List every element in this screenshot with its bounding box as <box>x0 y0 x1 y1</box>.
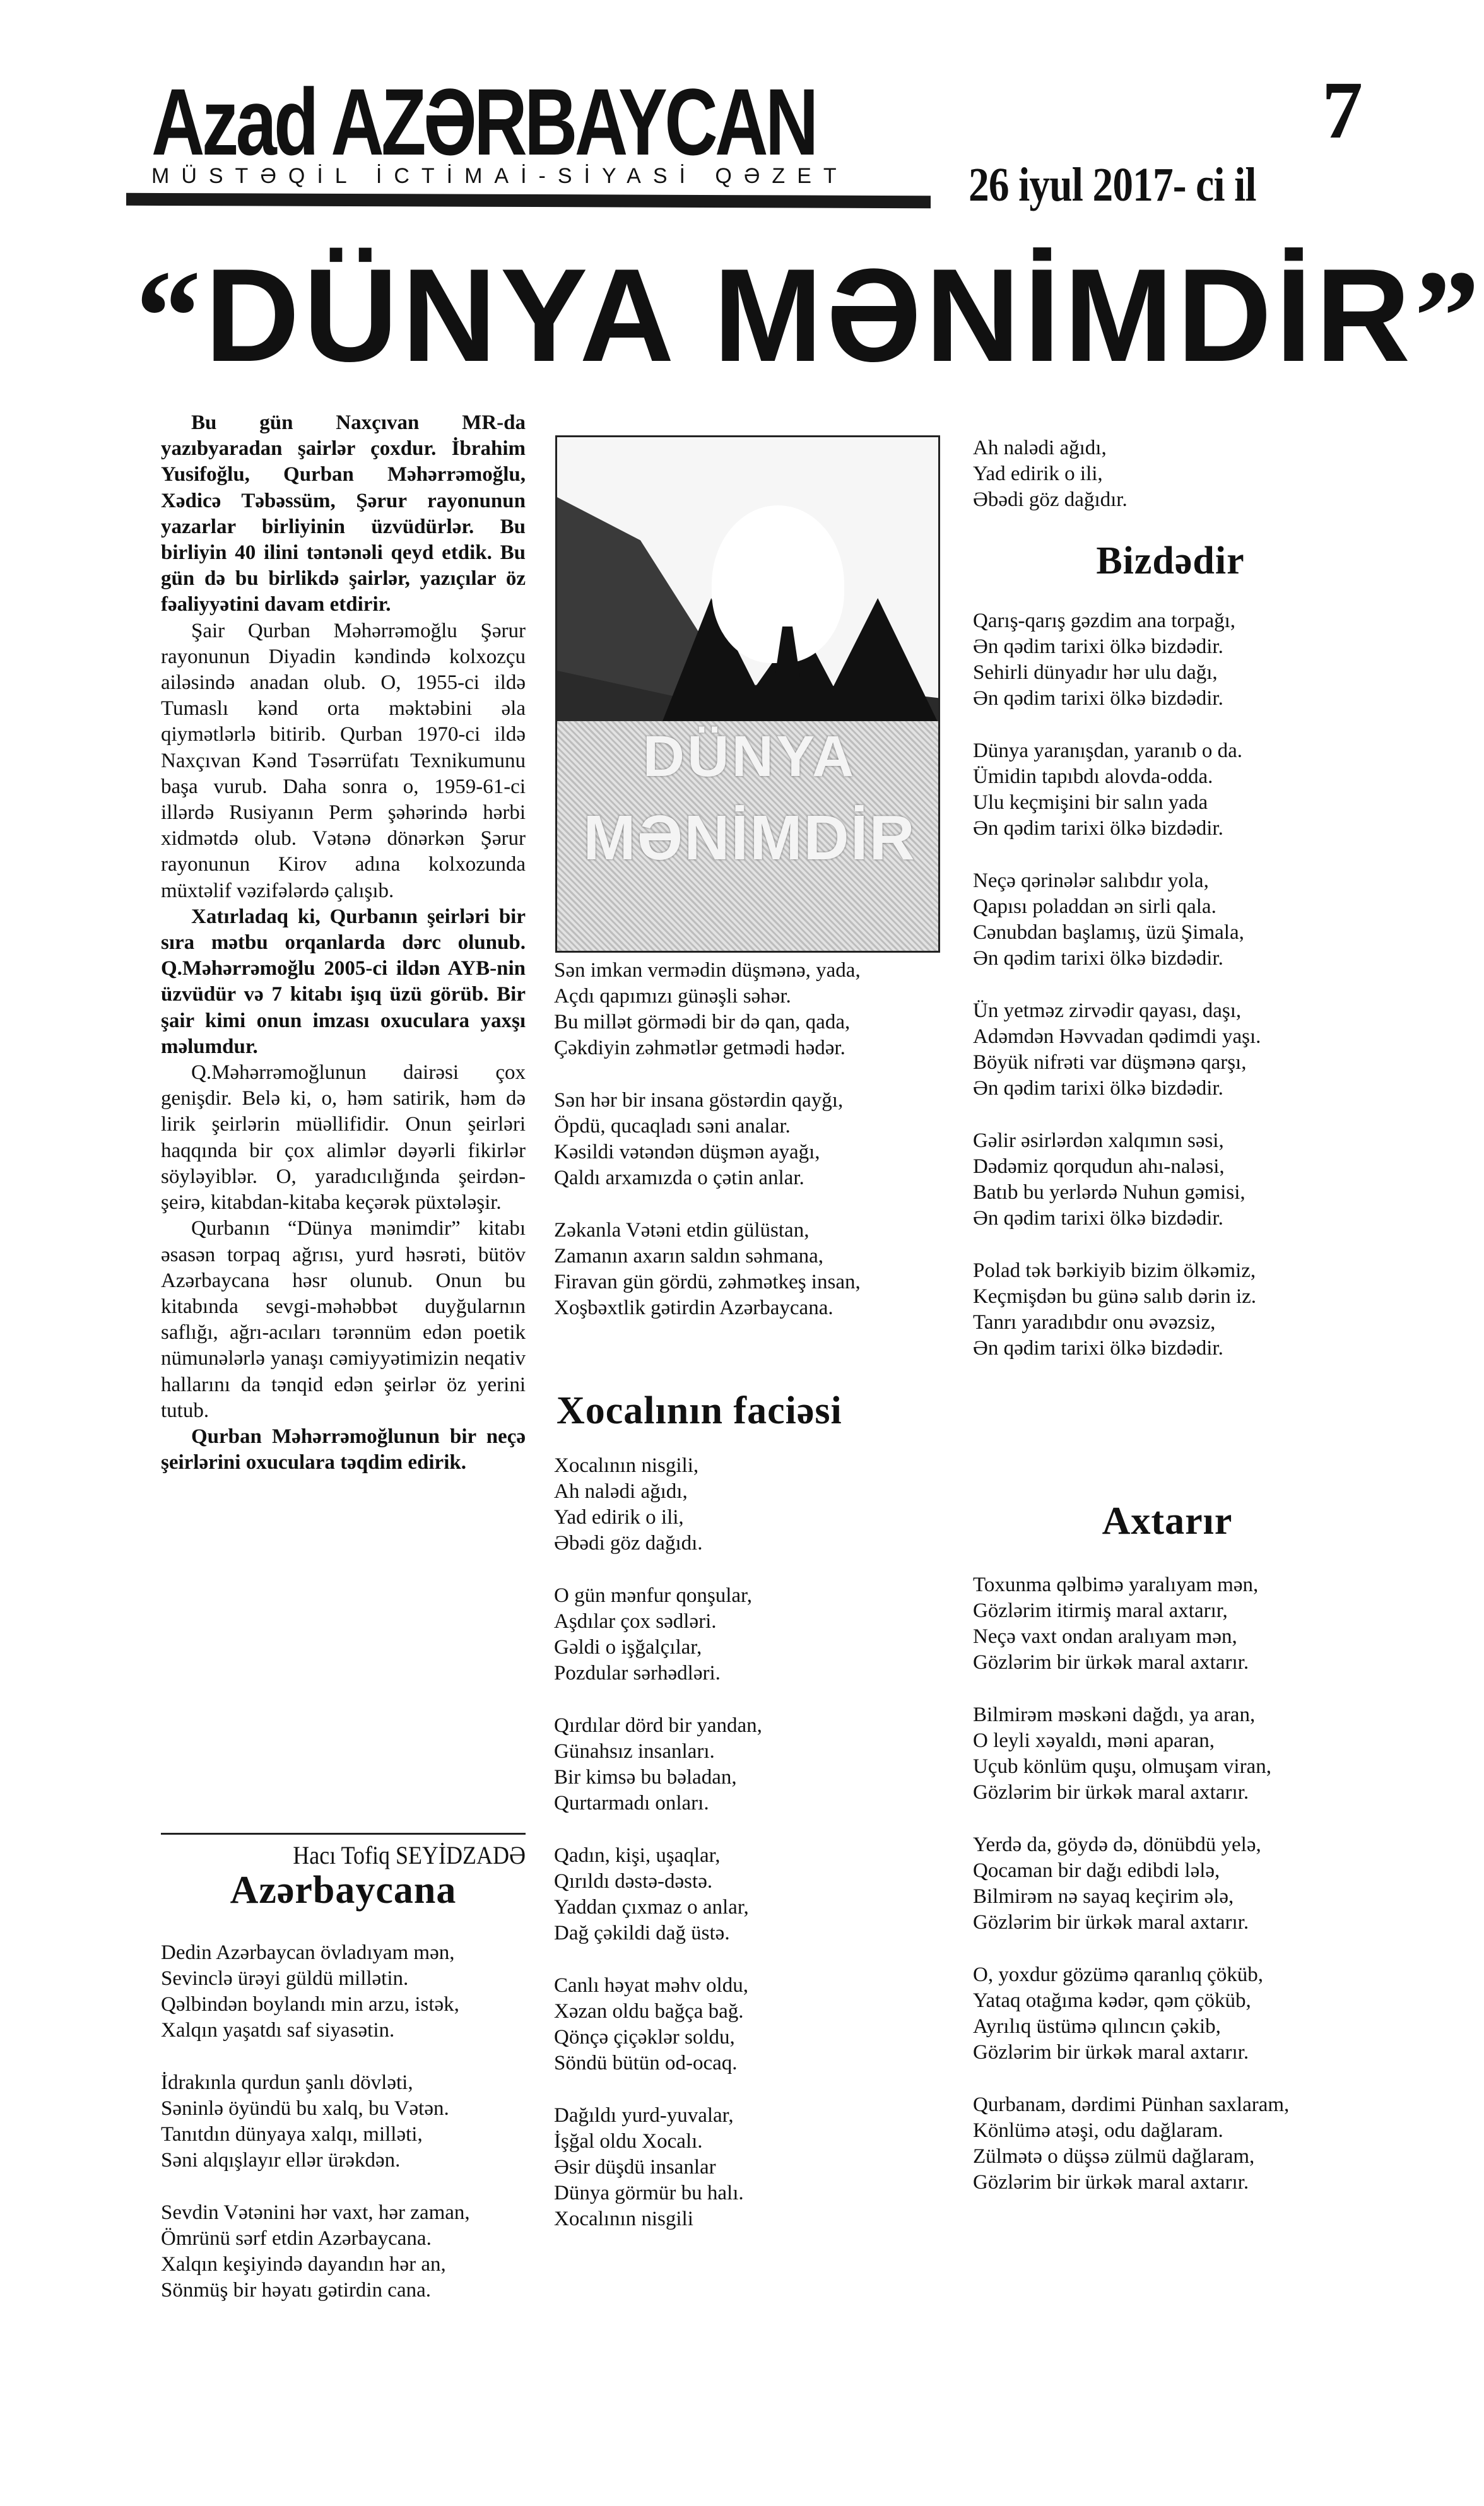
poem-title: Xocalının faciəsi <box>549 1391 946 1430</box>
poem-stanza: Polad tək bərkiyib bizim ölkəmiz, Keçmiş… <box>973 1258 1357 1362</box>
poem-stanza: Qurbanam, dərdimi Pünhan saxlaram, Könlü… <box>973 2092 1357 2196</box>
poem-line: Zəkanla Vətəni etdin gülüstan, <box>554 1218 945 1244</box>
poem-line: Tanıtdın dünyaya xalqı, milləti, <box>161 2122 526 2148</box>
poem-line: Səninlə öyündü bu xalq, bu Vətən. <box>161 2096 526 2122</box>
poem-line: Əbədi göz dağıdır. <box>973 487 1358 513</box>
poem-stanza: Dağıldı yurd-yuvalar, İşğal oldu Xocalı.… <box>554 2103 946 2232</box>
newspaper-tagline: MÜSTƏQİL İCTİMAİ-SİYASİ QƏZET <box>151 165 849 187</box>
photo-portrait-head <box>712 505 844 663</box>
article-paragraph: Q.Məhərrəmoğlunun dairəsi çox genişdir. … <box>161 1060 526 1216</box>
poem-stanza: Canlı həyat məhv oldu, Xəzan oldu bağça … <box>554 1973 946 2076</box>
poem-line: Bu millət görmədi bir də qan, qada, <box>554 1009 945 1035</box>
poem-stanza: Zəkanla Vətəni etdin gülüstan, Zamanın a… <box>554 1218 945 1321</box>
poem-line: Qaldı arxamızda o çətin anlar. <box>554 1165 945 1191</box>
poem-line: Ən qədim tarixi ölkə bizdədir. <box>973 634 1357 660</box>
poem-line: Xocalının nisgili, <box>554 1453 946 1479</box>
poem-line: Səni alqışlayır ellər ürəkdən. <box>161 2148 526 2174</box>
poem-stanza: Sevdin Vətənini hər vaxt, hər zaman, Ömr… <box>161 2200 526 2303</box>
author-signature: Hacı Tofiq SEYİDZADƏ <box>197 1841 526 1870</box>
poem-line: Sehirli dünyadır hər ulu dağı, <box>973 660 1357 686</box>
poem-stanza: Qarış-qarış gəzdim ana torpağı, Ən qədim… <box>973 608 1357 712</box>
poem-line: Kəsildi vətəndən düşmən ayağı, <box>554 1139 945 1165</box>
poem-line: Çəkdiyin zəhmətlər getmədi hədər. <box>554 1035 945 1061</box>
signature-divider <box>161 1833 526 1835</box>
poem-line: Dünya görmür bu halı. <box>554 2180 946 2206</box>
poem-line: Gəlir əsirlərdən xalqımın səsi, <box>973 1128 1357 1154</box>
poem-line: Dağıldı yurd-yuvalar, <box>554 2103 946 2129</box>
masthead-rule <box>126 193 931 208</box>
poem-line: Neçə qərinələr salıbdır yola, <box>973 868 1357 894</box>
book-cover-title-line2: MƏNİMDİR <box>557 806 940 869</box>
poem-stanza: Ah nalədi ağıdı, Yad edirik o ili, Əbədi… <box>973 435 1358 513</box>
book-cover-title-line1: DÜNYA <box>557 727 940 785</box>
poem-line: Ən qədim tarixi ölkə bizdədir. <box>973 1206 1357 1232</box>
article-paragraph: Qurbanın “Dünya mənimdir” kitabı əsasən … <box>161 1216 526 1424</box>
poem-line: Dünya yaranışdan, yaranıb o da. <box>973 738 1357 764</box>
book-cover-photo: DÜNYA MƏNİMDİR <box>555 435 940 953</box>
poem-line: Günahsız insanları. <box>554 1739 946 1765</box>
poem-line: Ən qədim tarixi ölkə bizdədir. <box>973 686 1357 712</box>
poem-line: Canlı həyat məhv oldu, <box>554 1973 946 1999</box>
poem-line: Gəldi o işğalçılar, <box>554 1635 946 1661</box>
poem-line: Gözlərim bir ürkək maral axtarır. <box>973 1780 1357 1806</box>
poem-line: Zülmətə o düşsə zülmü dağlaram, <box>973 2144 1357 2170</box>
poem-line: Əbədi göz dağıdı. <box>554 1531 946 1556</box>
poem-stanza: Sən imkan vermədin düşmənə, yada, Açdı q… <box>554 958 945 1061</box>
poem-line: Ümidin tapıbdı alovda-odda. <box>973 764 1357 790</box>
poem-line: Bilmirəm nə sayaq keçirim ələ, <box>973 1884 1357 1910</box>
poem-line: O leyli xəyaldı, məni aparan, <box>973 1728 1357 1754</box>
article-paragraph: Xatırladaq ki, Qurbanın şeirləri bir sır… <box>161 904 526 1060</box>
poem-line: O, yoxdur gözümə qaranlıq çöküb, <box>973 1962 1357 1988</box>
poem-stanza: Qırdılar dörd bir yandan, Günahsız insan… <box>554 1713 946 1816</box>
headline-open-quote: “ <box>136 244 205 390</box>
poem-line: Ən qədim tarixi ölkə bizdədir. <box>973 946 1357 972</box>
article-paragraph: Şair Qurban Məhərrəmoğlu Şərur rayonunun… <box>161 618 526 904</box>
poem-line: Gözlərim bir ürkək maral axtarır. <box>973 1910 1357 1936</box>
poem-line: Toxunma qəlbimə yaralıyam mən, <box>973 1572 1357 1598</box>
poem-line: Xəzan oldu bağça bağ. <box>554 1999 946 2025</box>
poem-title: Bizdədir <box>959 541 1357 580</box>
poem-stanza: Dedin Azərbaycan övladıyam mən, Sevinclə… <box>161 1940 526 2044</box>
poem-line: Cənubdan başlamış, üzü Şimala, <box>973 920 1357 946</box>
poem-line: Ömrünü sərf etdin Azərbaycana. <box>161 2226 526 2252</box>
poem-line: Sevdin Vətənini hər vaxt, hər zaman, <box>161 2200 526 2226</box>
poem-stanza: Sən hər bir insana göstərdin qayğı, Öpdü… <box>554 1088 945 1191</box>
poem-line: Polad tək bərkiyib bizim ölkəmiz, <box>973 1258 1357 1284</box>
poem-line: Yataq otağıma kədər, qəm çöküb, <box>973 1988 1357 2014</box>
poem-line: Söndü bütün od-ocaq. <box>554 2050 946 2076</box>
poem-stanza: Xocalının nisgili, Ah nalədi ağıdı, Yad … <box>554 1453 946 1556</box>
poem-line: Batıb bu yerlərdə Nuhun gəmisi, <box>973 1180 1357 1206</box>
poem-line: Neçə vaxt ondan aralıyam mən, <box>973 1624 1357 1650</box>
article-body: Bu gün Naxçıvan MR-da yazıbyaradan şairl… <box>161 410 526 1476</box>
poem-line: Qırdılar dörd bir yandan, <box>554 1713 946 1739</box>
poem-line: Dədəmiz qorqudun ahı-naləsi, <box>973 1154 1357 1180</box>
poem-line: Gözlərim bir ürkək maral axtarır. <box>973 1650 1357 1676</box>
poem-line: Qurbanam, dərdimi Pünhan saxlaram, <box>973 2092 1357 2118</box>
poem-line: Öpdü, qucaqladı səni analar. <box>554 1114 945 1139</box>
poem-line: Sən imkan vermədin düşmənə, yada, <box>554 958 945 984</box>
page-number: 7 <box>1322 69 1363 151</box>
poem-line: Ən qədim tarixi ölkə bizdədir. <box>973 1336 1357 1362</box>
poem-azerbaycana-continued: Sən imkan vermədin düşmənə, yada, Açdı q… <box>554 958 945 1348</box>
poem-line: Bilmirəm məskəni dağdı, ya aran, <box>973 1702 1357 1728</box>
poem-line: Böyük nifrəti var düşmənə qarşı, <box>973 1050 1357 1076</box>
poem-line: Gözlərim bir ürkək maral axtarır. <box>973 2170 1357 2196</box>
poem-line: Ün yetməz zirvədir qayası, daşı, <box>973 998 1357 1024</box>
poem-line: Pozdular sərhədləri. <box>554 1661 946 1686</box>
poem-stanza: Qadın, kişi, uşaqlar, Qırıldı dəstə-dəst… <box>554 1843 946 1946</box>
poem-line: Qırıldı dəstə-dəstə. <box>554 1869 946 1895</box>
poem-stanza: Ün yetməz zirvədir qayası, daşı, Adəmdən… <box>973 998 1357 1102</box>
poem-line: Qarış-qarış gəzdim ana torpağı, <box>973 608 1357 634</box>
poem-line: Zamanın axarın saldın səhmana, <box>554 1244 945 1269</box>
poem-line: Xalqın keşiyində dayandın hər an, <box>161 2252 526 2278</box>
poem-line: Xalqın yaşatdı saf siyasətin. <box>161 2018 526 2044</box>
poem-bizdedir: Bizdədir Qarış-qarış gəzdim ana torpağı,… <box>959 541 1357 1388</box>
poem-line: Gözlərim bir ürkək maral axtarır. <box>973 2040 1357 2066</box>
poem-stanza: Dünya yaranışdan, yaranıb o da. Ümidin t… <box>973 738 1357 842</box>
poem-title: Azərbaycana <box>161 1871 526 1910</box>
poem-line: Yad edirik o ili, <box>973 461 1358 487</box>
poem-stanza: Yerdə da, göydə də, dönübdü yelə, Qocama… <box>973 1832 1357 1936</box>
poem-line: İdrakınla qurdun şanlı dövləti, <box>161 2070 526 2096</box>
poem-stanza: O, yoxdur gözümə qaranlıq çöküb, Yataq o… <box>973 1962 1357 2066</box>
poem-line: Qadın, kişi, uşaqlar, <box>554 1843 946 1869</box>
poem-line: Uçub könlüm quşu, olmuşam viran, <box>973 1754 1357 1780</box>
poem-line: Qönçə çiçəklər soldu, <box>554 2025 946 2050</box>
poem-line: Xoşbəxtlik gətirdin Azərbaycana. <box>554 1295 945 1321</box>
poem-xocali-continued: Ah nalədi ağıdı, Yad edirik o ili, Əbədi… <box>973 435 1358 539</box>
poem-line: Aşdılar çox sədləri. <box>554 1609 946 1635</box>
poem-line: Ulu keçmişini bir salın yada <box>973 790 1357 816</box>
page-headline: “DÜNYA MƏNİMDİR” <box>136 249 1354 383</box>
poem-line: Qapısı poladdan ən sirli qala. <box>973 894 1357 920</box>
poem-line: Keçmişdən bu günə salıb dərin iz. <box>973 1284 1357 1310</box>
poem-azerbaycana: Azərbaycana Dedin Azərbaycan övladıyam m… <box>161 1871 526 2330</box>
poem-stanza: Toxunma qəlbimə yaralıyam mən, Gözlərim … <box>973 1572 1357 1676</box>
issue-date: 26 iyul 2017- ci il <box>969 161 1256 209</box>
poem-line: Qocaman bir dağı edibdi lələ, <box>973 1858 1357 1884</box>
poem-line: Firavan gün gördü, zəhmətkeş insan, <box>554 1269 945 1295</box>
poem-stanza: İdrakınla qurdun şanlı dövləti, Səninlə … <box>161 2070 526 2174</box>
poem-line: Ah nalədi ağıdı, <box>554 1479 946 1505</box>
poem-line: Xocalının nisgili <box>554 2206 946 2232</box>
poem-line: Ayrılıq üstümə qılıncın çəkib, <box>973 2014 1357 2040</box>
poem-line: Dedin Azərbaycan övladıyam mən, <box>161 1940 526 1966</box>
poem-line: Yad edirik o ili, <box>554 1505 946 1531</box>
poem-line: O gün mənfur qonşular, <box>554 1583 946 1609</box>
poem-line: Ən qədim tarixi ölkə bizdədir. <box>973 1076 1357 1102</box>
article-paragraph: Qurban Məhərrəmoğlunun bir neçə şeirləri… <box>161 1424 526 1476</box>
poem-line: Qurtarmadı onları. <box>554 1791 946 1816</box>
poem-line: Yaddan çıxmaz o anlar, <box>554 1895 946 1921</box>
poem-line: Ah nalədi ağıdı, <box>973 435 1358 461</box>
poem-line: Sevinclə ürəyi güldü millətin. <box>161 1966 526 1992</box>
poem-stanza: Neçə qərinələr salıbdır yola, Qapısı pol… <box>973 868 1357 972</box>
poem-line: Bir kimsə bu bəladan, <box>554 1765 946 1791</box>
poem-line: Açdı qapımızı günəşli səhər. <box>554 984 945 1009</box>
poem-line: Könlümə atəşi, odu dağlaram. <box>973 2118 1357 2144</box>
newspaper-title: Azad AZƏRBAYCAN <box>151 74 816 169</box>
poem-line: Gözlərim itirmiş maral axtarır, <box>973 1598 1357 1624</box>
poem-stanza: Gəlir əsirlərdən xalqımın səsi, Dədəmiz … <box>973 1128 1357 1232</box>
poem-line: Qəlbindən boylandı min arzu, istək, <box>161 1992 526 2018</box>
poem-line: Yerdə da, göydə də, dönübdü yelə, <box>973 1832 1357 1858</box>
headline-close-quote: ” <box>1414 244 1483 390</box>
article-paragraph: Bu gün Naxçıvan MR-da yazıbyaradan şairl… <box>161 410 526 618</box>
poem-stanza: O gün mənfur qonşular, Aşdılar çox sədlə… <box>554 1583 946 1686</box>
poem-line: Əsir düşdü insanlar <box>554 2155 946 2180</box>
poem-xocalinin-faciesi: Xocalının faciəsi Xocalının nisgili, Ah … <box>549 1391 946 2259</box>
poem-line: Dağ çəkildi dağ üstə. <box>554 1921 946 1946</box>
poem-axtarir: Axtarır Toxunma qəlbimə yaralıyam mən, G… <box>959 1502 1357 2222</box>
poem-line: Ən qədim tarixi ölkə bizdədir. <box>973 816 1357 842</box>
poem-line: Sönmüş bir həyatı gətirdin cana. <box>161 2278 526 2303</box>
poem-line: İşğal oldu Xocalı. <box>554 2129 946 2155</box>
poem-line: Tanrı yaradıbdır onu əvəzsiz, <box>973 1310 1357 1336</box>
poem-stanza: Bilmirəm məskəni dağdı, ya aran, O leyli… <box>973 1702 1357 1806</box>
poem-line: Adəmdən Həvvadan qədimdi yaşı. <box>973 1024 1357 1050</box>
poem-line: Sən hər bir insana göstərdin qayğı, <box>554 1088 945 1114</box>
headline-text: DÜNYA MƏNİMDİR <box>205 241 1415 389</box>
poem-title: Axtarır <box>959 1502 1357 1541</box>
